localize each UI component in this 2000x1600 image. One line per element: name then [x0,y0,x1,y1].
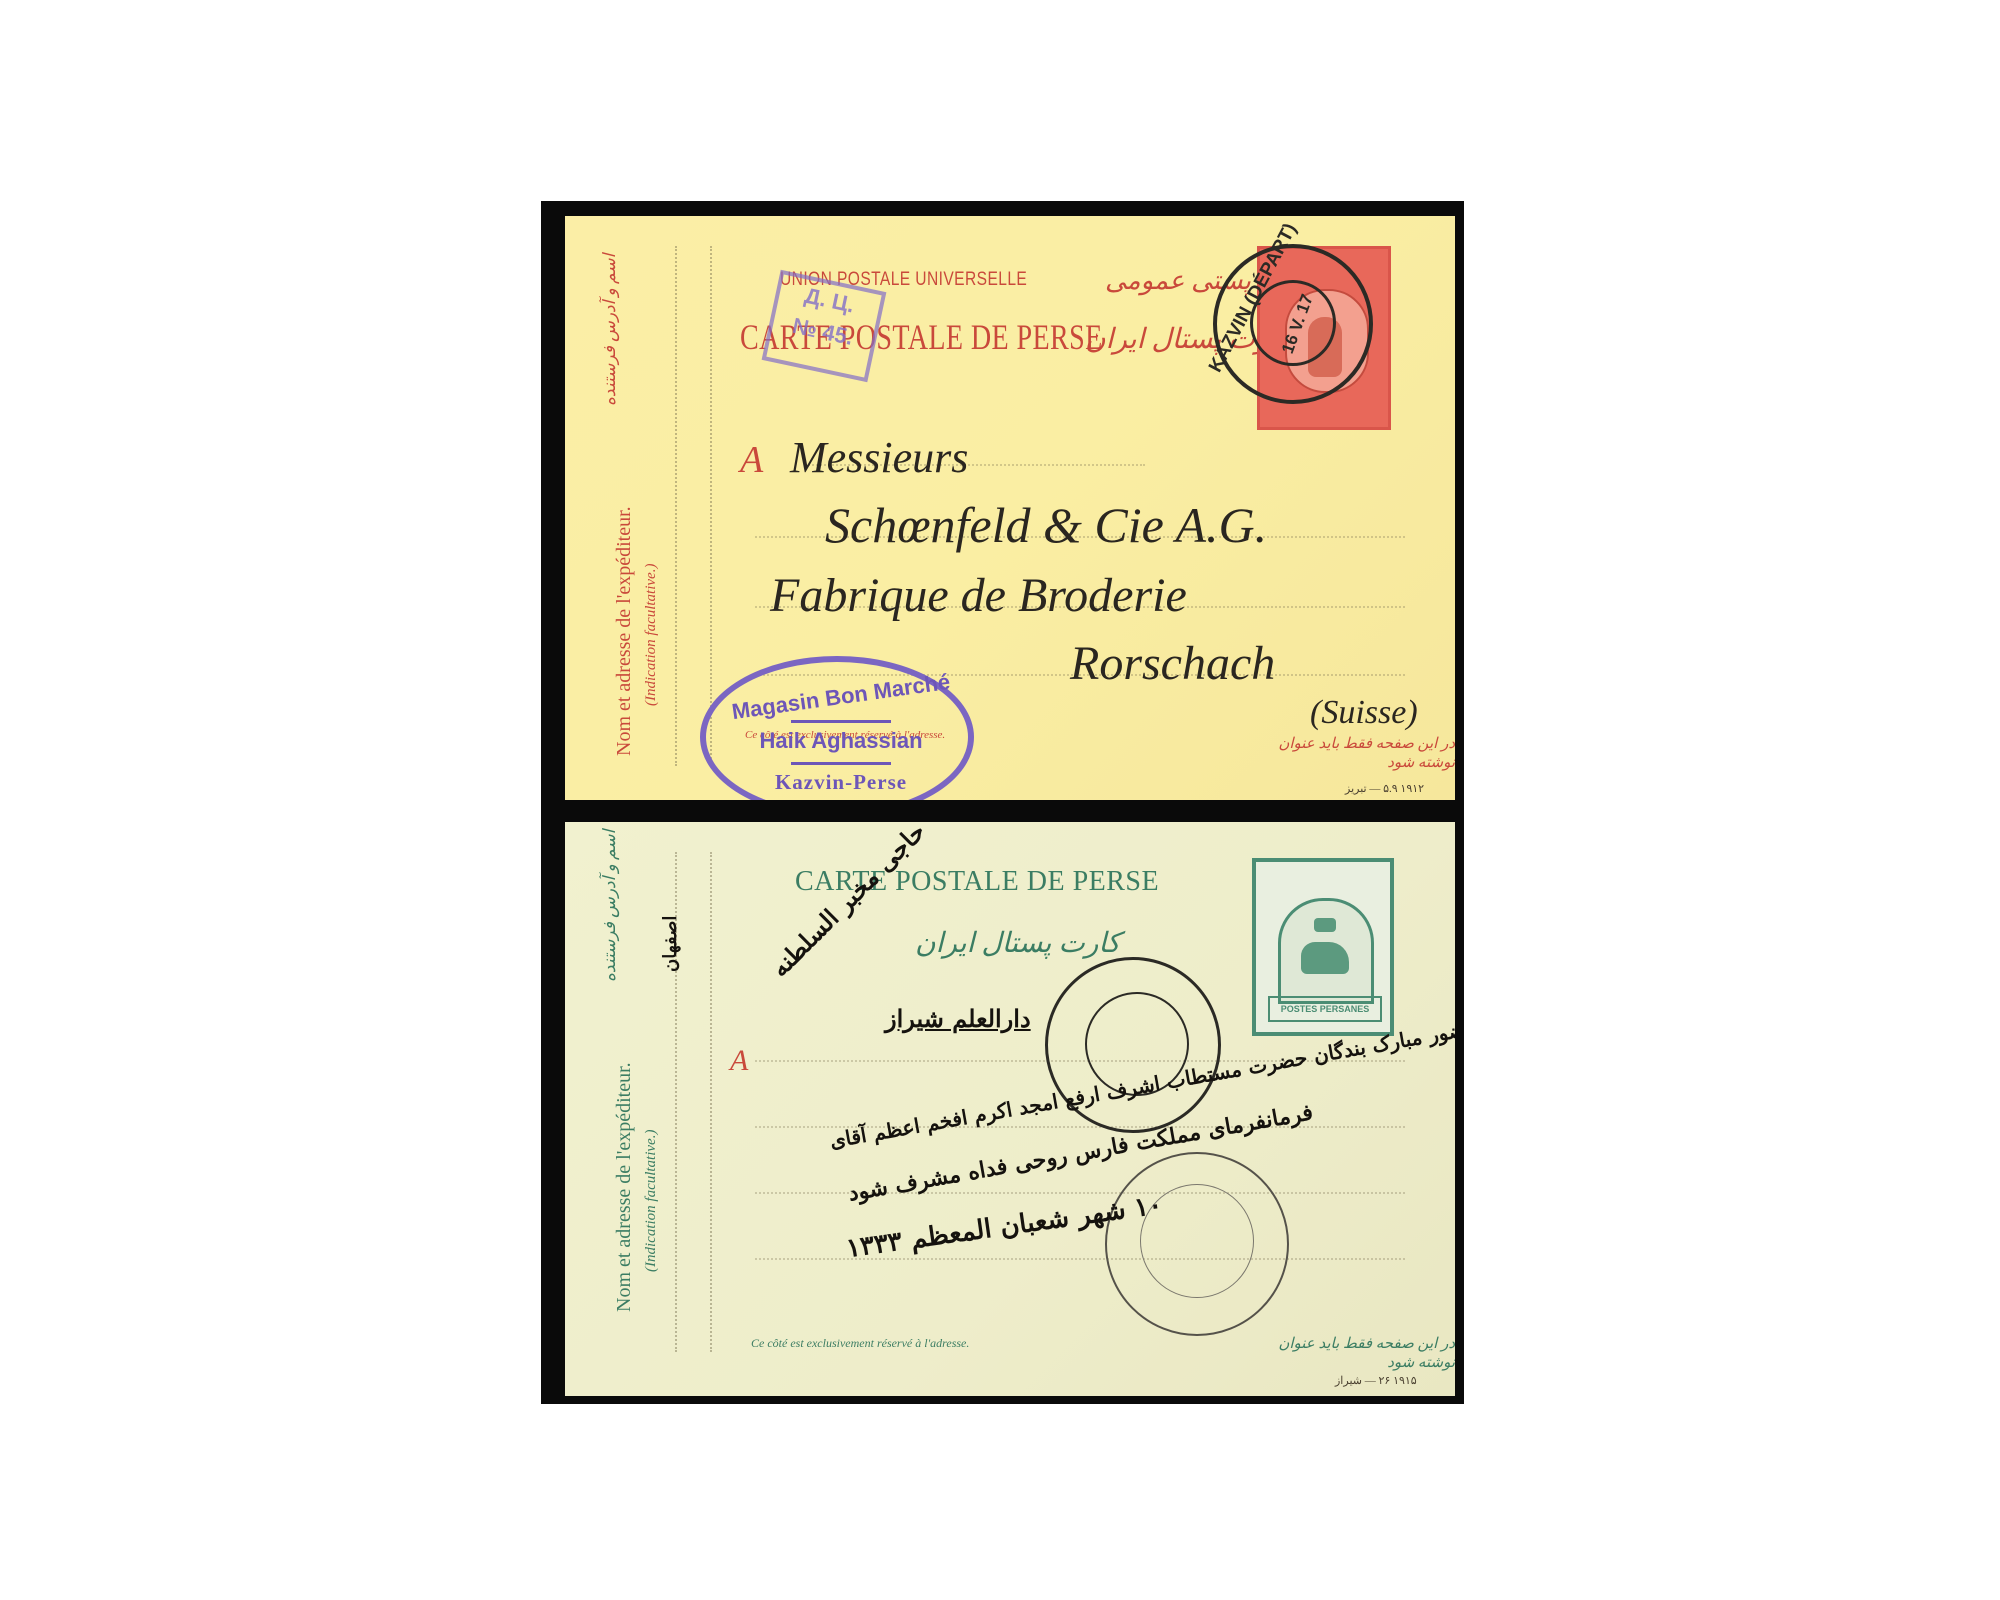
divider-dotted [710,852,712,1352]
sender-note: (Indication facultative.) [643,1130,660,1272]
reserved-note: Ce côté est exclusivement réservé à l'ad… [751,1336,969,1351]
merchant-cachet: Magasin Bon Marché Haik Aghassian Kazvin… [700,656,974,800]
printer-imprint: ۱۹۱۵ ۲۶ — شیراز [1335,1374,1417,1387]
address-line-2: Schœnfeld & Cie A.G. [825,496,1267,554]
printer-imprint: ۱۹۱۲ ۵.۹ — تبریز [1345,782,1424,795]
top-postcard: UNION POSTALE UNIVERSELLE CARTE POSTALE … [565,216,1455,800]
reserved-note-fa: در این صفحه فقط باید عنوان نوشته شود [1267,1334,1455,1372]
lion-and-sun-stamp-icon: POSTES PERSANES [1252,858,1394,1036]
stamp-caption: POSTES PERSANES [1268,996,1382,1022]
reserved-note-fa: در این صفحه فقط باید عنوان نوشته شود [1265,734,1455,772]
address-line-5: (Suisse) [1310,694,1418,732]
cachet-line-2: Haik Aghassian [746,728,936,754]
sender-label-fa: اسم و آدرس فرستنده [600,830,620,982]
cachet-line-3: Kazvin-Perse [746,770,936,795]
handwritten-sender-city: اصفهان [660,916,681,972]
handwritten-recipient: حاجی مخبر السلطنه [765,822,931,983]
handwritten-destination: دارالعلم شیراز [885,1004,1031,1033]
sender-label-fa: اسم و آدرس فرستنده [600,254,620,406]
address-prefix: A [730,1044,748,1078]
bottom-postcard: CARTE POSTALE DE PERSE کارت پستال ایران … [565,822,1455,1396]
divider-dotted [710,246,712,766]
card-title-fa: کارت پستال ایران [915,926,1120,960]
address-prefix: A [740,438,763,482]
address-line-3: Fabrique de Broderie [770,568,1187,623]
cachet-line-1: Magasin Bon Marché [725,668,956,726]
address-line-4: Rorschach [1070,636,1275,691]
address-line-1: Messieurs [790,432,968,483]
sender-note: (Indication facultative.) [643,564,660,706]
sender-label: Nom et adresse de l'expéditeur. [613,1062,636,1312]
sender-label: Nom et adresse de l'expéditeur. [613,506,636,756]
divider-dotted [675,246,677,766]
